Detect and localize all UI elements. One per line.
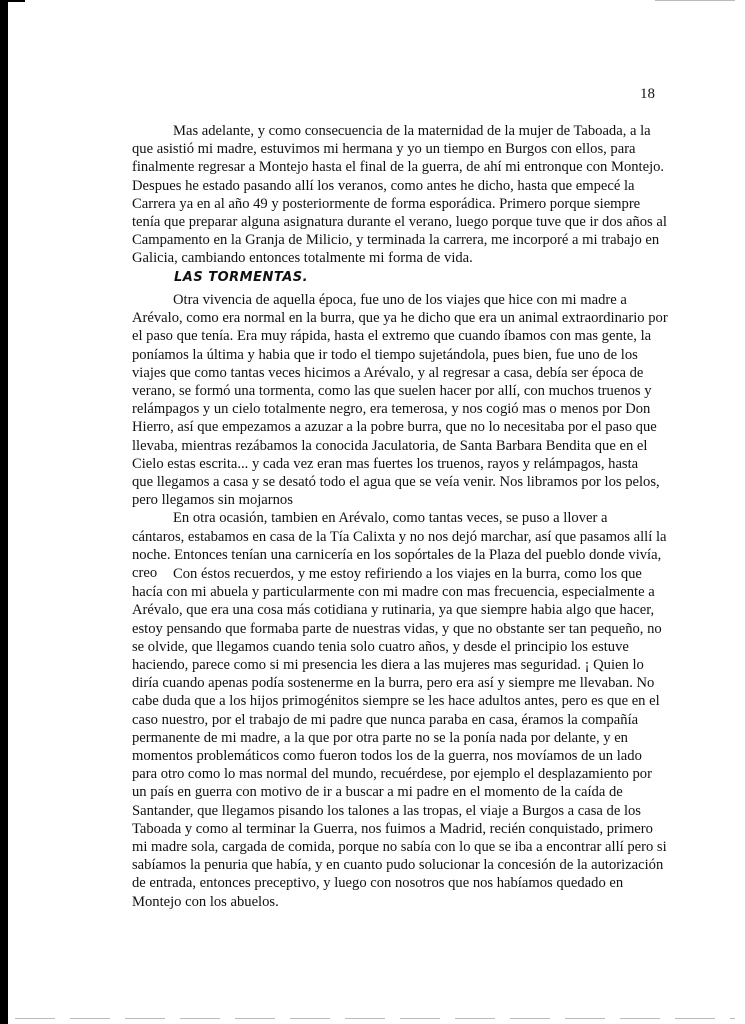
text-line: Con éstos recuerdos, y me estoy refirien… [132,565,662,583]
text-line: Montejo con los abuelos. [132,893,662,911]
section-heading: LAS TORMENTAS. [174,270,308,285]
text-line: En otra ocasión, tambien en Arévalo, com… [132,509,662,527]
text-line: Arévalo, como era normal en la burra, qu… [132,309,662,327]
scan-bottom-edge [15,1018,735,1019]
text-line: permanente de mi madre, a la que por otr… [132,729,662,747]
text-line: Cielo estas escrita... y cada vez eran m… [132,455,662,473]
text-line: poníamos la última y habia que ir todo e… [132,346,662,364]
text-line: Despues he estado pasando allí los veran… [132,177,662,195]
text-line: Carrera ya en al año 49 y posteriormente… [132,195,662,213]
text-line: finalmente regresar a Montejo hasta el f… [132,158,662,176]
text-line: Otra vivencia de aquella época, fue uno … [132,291,662,309]
text-line: noche. Entonces tenían una carnicería en… [132,546,662,564]
text-line: de entrada, entonces preceptivo, y luego… [132,874,662,892]
text-line: que llegamos a casa y se desató todo el … [132,473,662,491]
text-line: Hierro, así que empezamos a azuzar a la … [132,418,662,436]
scan-edge-shadow [0,0,8,1024]
text-line: Galicia, cambiando entonces totalmente m… [132,249,662,267]
paragraph-2: Otra vivencia de aquella época, fue uno … [132,291,662,582]
text-line: tenía que preparar alguna asignatura dur… [132,213,662,231]
text-line: relámpagos y un cielo totalmente negro, … [132,400,662,418]
text-line: Mas adelante, y como consecuencia de la … [132,122,662,140]
scan-edge-line [655,0,735,1]
text-line: estoy pensando que formaba parte de nues… [132,620,662,638]
text-line: Santander, que llegamos pisando los talo… [132,802,662,820]
text-line: Arévalo, que era una cosa más cotidiana … [132,601,662,619]
page-number: 18 [640,86,655,103]
text-line: haciendo, parece como si mi presencia le… [132,656,662,674]
text-line: pero llegamos sin mojarnos [132,491,662,509]
text-line: se olvide, que llegamos cuando tenia sol… [132,638,662,656]
text-line: sabíamos la penuria que había, y en cuan… [132,856,662,874]
text-line: mi madre sola, cargada de comida, porque… [132,838,662,856]
text-line: caso nuestro, por el trabajo de mi padre… [132,711,662,729]
text-line: llevaba, mientras rezábamos la conocida … [132,437,662,455]
text-line: Campamento en la Granja de Milicio, y te… [132,231,662,249]
text-line: hacía con mi abuela y particularmente co… [132,583,662,601]
text-line: el paso que tenía. Era muy rápida, hasta… [132,327,662,345]
text-line: Taboada y como al terminar la Guerra, no… [132,820,662,838]
text-line: cántaros, estabamos en casa de la Tía Ca… [132,528,662,546]
paragraph-1: Mas adelante, y como consecuencia de la … [132,122,662,268]
text-line: para otro como lo mas normal del mundo, … [132,765,662,783]
paragraph-4: Con éstos recuerdos, y me estoy refirien… [132,565,662,911]
text-line: verano, se formó una tormenta, como las … [132,382,662,400]
text-line: un país en guerra con motivo de ir a bus… [132,783,662,801]
text-line: momentos problemáticos como fueron todos… [132,747,662,765]
text-line: cabe duda que a los hijos primogénitos s… [132,692,662,710]
scan-corner-mark [8,0,25,2]
text-line: viajes que como tantas veces hicimos a A… [132,364,662,382]
text-line: diría cuando apenas podía sostenerme en … [132,674,662,692]
text-line: que asistió mi madre, estuvimos mi herma… [132,140,662,158]
